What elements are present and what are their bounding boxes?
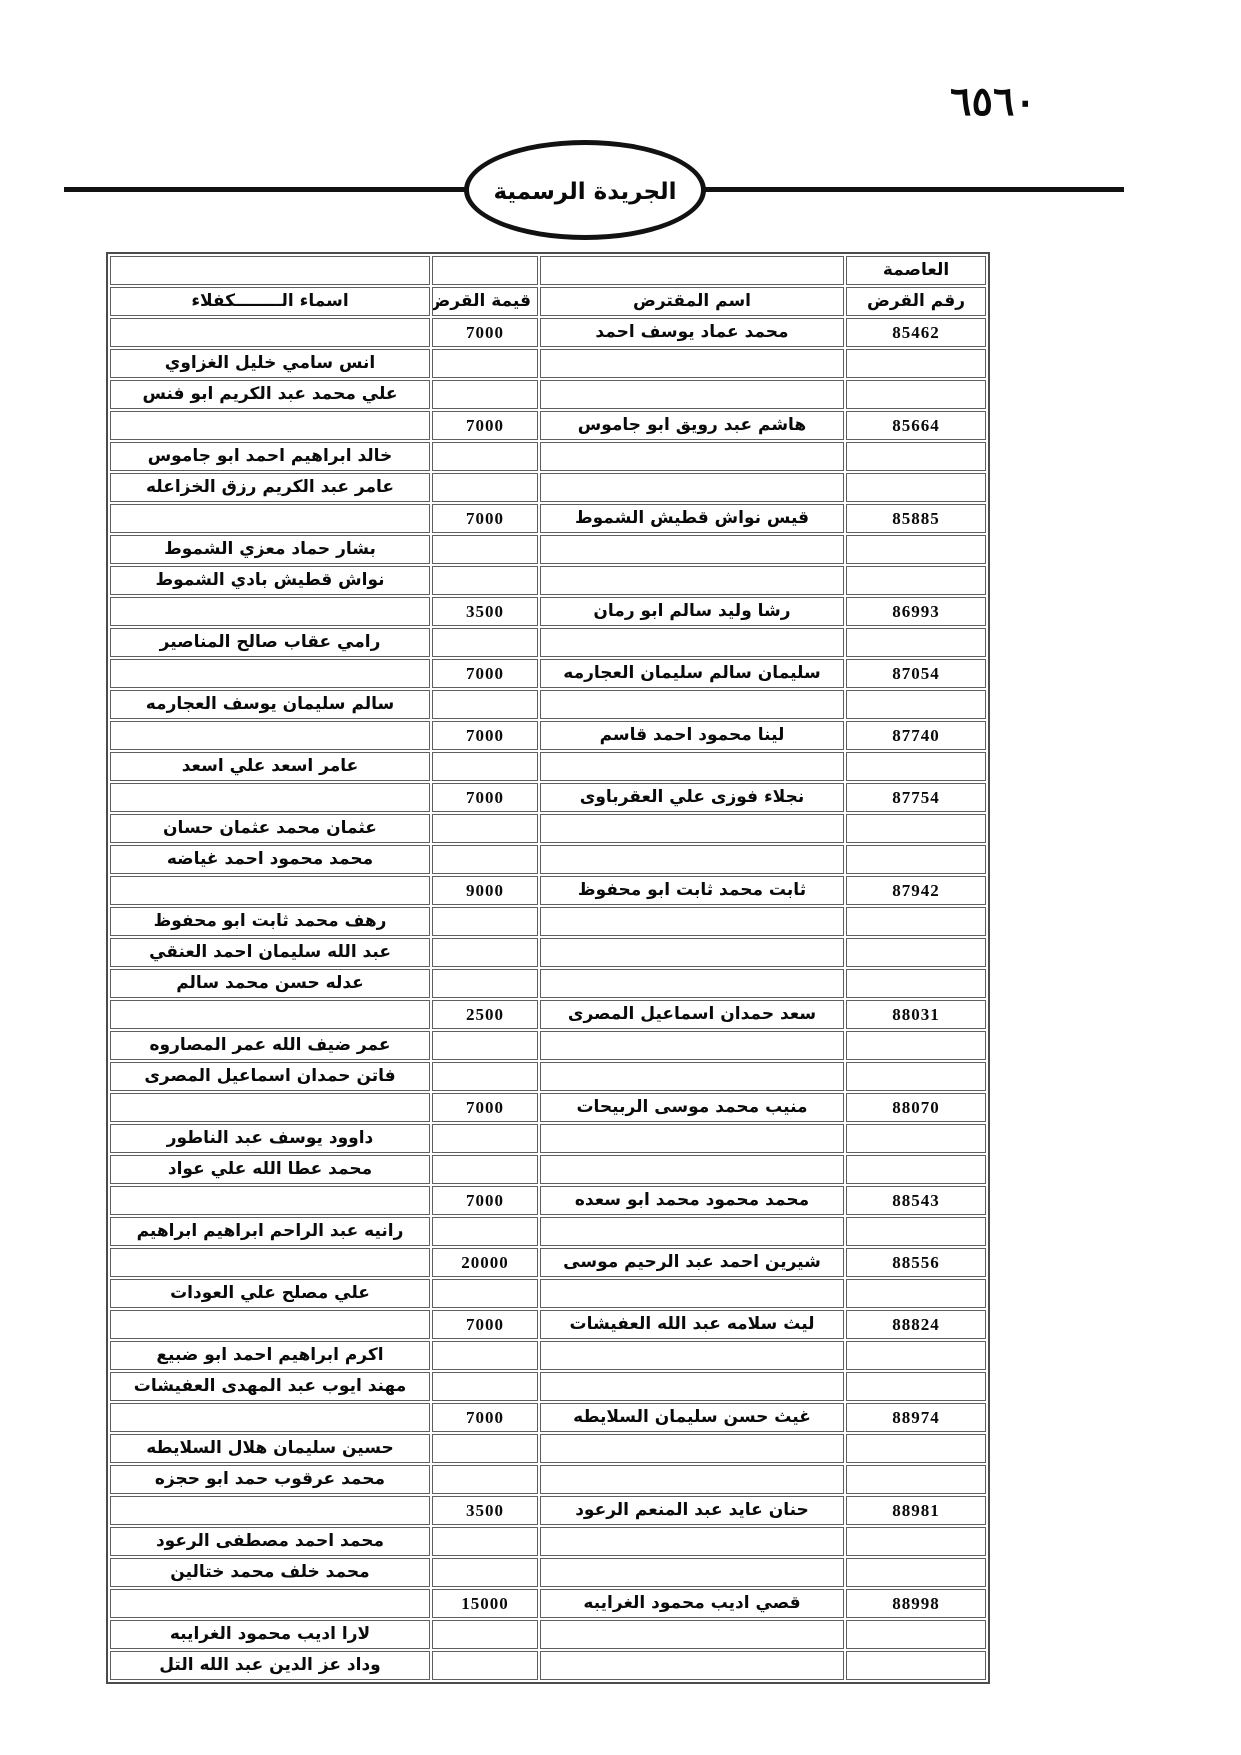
guarantor-row: عدله حسن محمد سالم — [110, 969, 986, 998]
guarantor-name-cell: محمد خلف محمد ختالين — [110, 1558, 430, 1587]
loan-number-cell — [846, 1558, 986, 1587]
borrower-name-cell — [540, 1372, 844, 1401]
borrower-name-cell — [540, 1341, 844, 1370]
empty-cell — [110, 256, 430, 285]
borrower-name-cell — [540, 1465, 844, 1494]
guarantor-name-cell: سالم سليمان يوسف العجارمه — [110, 690, 430, 719]
column-header-row: رقم القرض اسم المقترض قيمة القرض اسماء ا… — [110, 287, 986, 316]
borrower-name-cell: محمد عماد يوسف احمد — [540, 318, 844, 347]
guarantor-row: رانيه عبد الراحم ابراهيم ابراهيم — [110, 1217, 986, 1246]
loan-amount-cell — [432, 442, 538, 471]
guarantor-name-cell: عبد الله سليمان احمد العنقي — [110, 938, 430, 967]
loan-amount-cell — [432, 349, 538, 378]
loan-number-cell — [846, 628, 986, 657]
loan-amount-cell — [432, 938, 538, 967]
guarantor-name-cell — [110, 1589, 430, 1618]
loan-amount-cell — [432, 752, 538, 781]
region-row: العاصمة — [110, 256, 986, 285]
loan-row: 86993رشا وليد سالم ابو رمان3500 — [110, 597, 986, 626]
loan-number-cell — [846, 1062, 986, 1091]
loan-amount-cell — [432, 1062, 538, 1091]
borrower-name-cell: ثابت محمد ثابت ابو محفوظ — [540, 876, 844, 905]
loan-amount-cell — [432, 969, 538, 998]
borrower-name-cell: قيس نواش قطيش الشموط — [540, 504, 844, 533]
loan-amount-cell — [432, 1155, 538, 1184]
loan-number-cell: 85885 — [846, 504, 986, 533]
col-header-guarantor-names: اسماء الــــــــكفلاء — [110, 287, 430, 316]
guarantor-name-cell: رانيه عبد الراحم ابراهيم ابراهيم — [110, 1217, 430, 1246]
loan-amount-cell: 7000 — [432, 1186, 538, 1215]
loan-amount-cell: 7000 — [432, 411, 538, 440]
guarantor-name-cell — [110, 783, 430, 812]
col-header-loan-number: رقم القرض — [846, 287, 986, 316]
guarantor-row: داوود يوسف عبد الناطور — [110, 1124, 986, 1153]
guarantor-name-cell — [110, 721, 430, 750]
borrower-name-cell: رشا وليد سالم ابو رمان — [540, 597, 844, 626]
loan-number-cell — [846, 1155, 986, 1184]
loan-number-cell — [846, 938, 986, 967]
guarantor-name-cell: وداد عز الدين عبد الله التل — [110, 1651, 430, 1680]
guarantor-row: محمد عرقوب حمد ابو حجزه — [110, 1465, 986, 1494]
loan-amount-cell: 7000 — [432, 783, 538, 812]
guarantor-name-cell: نواش قطيش بادي الشموط — [110, 566, 430, 595]
loan-row: 87754نجلاء فوزى علي العقرباوى7000 — [110, 783, 986, 812]
loan-number-cell: 87740 — [846, 721, 986, 750]
loan-row: 85462محمد عماد يوسف احمد7000 — [110, 318, 986, 347]
loan-row: 87942ثابت محمد ثابت ابو محفوظ9000 — [110, 876, 986, 905]
guarantor-name-cell: علي مصلح علي العودات — [110, 1279, 430, 1308]
loan-amount-cell — [432, 1558, 538, 1587]
borrower-name-cell — [540, 814, 844, 843]
guarantor-row: انس سامي خليل الغزاوي — [110, 349, 986, 378]
loan-amount-cell: 7000 — [432, 504, 538, 533]
empty-cell — [432, 256, 538, 285]
loan-number-cell — [846, 814, 986, 843]
loan-amount-cell — [432, 845, 538, 874]
guarantor-name-cell: لارا اديب محمود الغرايبه — [110, 1620, 430, 1649]
guarantor-name-cell — [110, 1403, 430, 1432]
guarantor-name-cell — [110, 318, 430, 347]
loan-amount-cell: 7000 — [432, 1093, 538, 1122]
borrower-name-cell: هاشم عبد رويق ابو جاموس — [540, 411, 844, 440]
guarantor-row: محمد خلف محمد ختالين — [110, 1558, 986, 1587]
loan-amount-cell: 9000 — [432, 876, 538, 905]
loan-number-cell — [846, 690, 986, 719]
borrower-name-cell — [540, 1155, 844, 1184]
loan-amount-cell — [432, 1217, 538, 1246]
guarantor-row: مهند ايوب عبد المهدى العفيشات — [110, 1372, 986, 1401]
loan-row: 88543محمد محمود محمد ابو سعده7000 — [110, 1186, 986, 1215]
guarantor-name-cell: عامر عبد الكريم رزق الخزاعله — [110, 473, 430, 502]
borrower-name-cell — [540, 349, 844, 378]
loan-number-cell — [846, 1279, 986, 1308]
loan-amount-cell: 7000 — [432, 318, 538, 347]
guarantor-name-cell: فاتن حمدان اسماعيل المصرى — [110, 1062, 430, 1091]
loan-number-cell: 88031 — [846, 1000, 986, 1029]
loan-row: 88974غيث حسن سليمان السلايطه7000 — [110, 1403, 986, 1432]
borrower-name-cell — [540, 1031, 844, 1060]
loan-number-cell: 86993 — [846, 597, 986, 626]
guarantor-row: رهف محمد ثابت ابو محفوظ — [110, 907, 986, 936]
loan-number-cell — [846, 349, 986, 378]
guarantor-name-cell — [110, 659, 430, 688]
guarantor-name-cell: بشار حماد معزي الشموط — [110, 535, 430, 564]
loan-amount-cell — [432, 1465, 538, 1494]
borrower-name-cell: سليمان سالم سليمان العجارمه — [540, 659, 844, 688]
col-header-borrower-name: اسم المقترض — [540, 287, 844, 316]
loan-row: 88998قصي اديب محمود الغرايبه15000 — [110, 1589, 986, 1618]
loan-number-cell — [846, 969, 986, 998]
loan-amount-cell: 7000 — [432, 1403, 538, 1432]
loan-number-cell — [846, 442, 986, 471]
loan-amount-cell — [432, 1527, 538, 1556]
borrower-name-cell: محمد محمود محمد ابو سعده — [540, 1186, 844, 1215]
guarantor-name-cell — [110, 1186, 430, 1215]
loan-number-cell — [846, 1620, 986, 1649]
loan-amount-cell: 7000 — [432, 721, 538, 750]
borrower-name-cell — [540, 380, 844, 409]
borrower-name-cell — [540, 1279, 844, 1308]
borrower-name-cell — [540, 1124, 844, 1153]
borrower-name-cell — [540, 1651, 844, 1680]
borrower-name-cell: ليث سلامه عبد الله العفيشات — [540, 1310, 844, 1339]
guarantor-name-cell — [110, 1093, 430, 1122]
guarantor-name-cell: مهند ايوب عبد المهدى العفيشات — [110, 1372, 430, 1401]
guarantor-row: حسين سليمان هلال السلايطه — [110, 1434, 986, 1463]
loan-number-cell — [846, 1434, 986, 1463]
loan-row: 87740لينا محمود احمد قاسم7000 — [110, 721, 986, 750]
loan-amount-cell: 3500 — [432, 1496, 538, 1525]
guarantor-name-cell: اكرم ابراهيم احمد ابو ضبيع — [110, 1341, 430, 1370]
guarantor-name-cell — [110, 876, 430, 905]
borrower-name-cell — [540, 1620, 844, 1649]
guarantor-row: فاتن حمدان اسماعيل المصرى — [110, 1062, 986, 1091]
guarantor-row: لارا اديب محمود الغرايبه — [110, 1620, 986, 1649]
loan-number-cell — [846, 473, 986, 502]
guarantor-row: علي مصلح علي العودات — [110, 1279, 986, 1308]
guarantor-name-cell: عمر ضيف الله عمر المصاروه — [110, 1031, 430, 1060]
borrower-name-cell — [540, 1434, 844, 1463]
guarantor-row: عبد الله سليمان احمد العنقي — [110, 938, 986, 967]
guarantor-name-cell — [110, 1000, 430, 1029]
borrower-name-cell: منيب محمد موسى الربيحات — [540, 1093, 844, 1122]
guarantor-name-cell: عامر اسعد علي اسعد — [110, 752, 430, 781]
guarantor-row: سالم سليمان يوسف العجارمه — [110, 690, 986, 719]
borrower-name-cell — [540, 628, 844, 657]
guarantor-row: عامر عبد الكريم رزق الخزاعله — [110, 473, 986, 502]
borrower-name-cell — [540, 1527, 844, 1556]
loan-number-cell: 88824 — [846, 1310, 986, 1339]
guarantor-name-cell: محمد عرقوب حمد ابو حجزه — [110, 1465, 430, 1494]
guarantor-name-cell: رامي عقاب صالح المناصير — [110, 628, 430, 657]
loan-number-cell — [846, 1124, 986, 1153]
loan-number-cell — [846, 1651, 986, 1680]
loan-number-cell: 88998 — [846, 1589, 986, 1618]
gazette-banner-ellipse: الجريدة الرسمية — [464, 140, 706, 240]
loan-amount-cell — [432, 1620, 538, 1649]
gazette-banner-title: الجريدة الرسمية — [493, 179, 676, 205]
loan-row: 88981حنان عايد عبد المنعم الرعود3500 — [110, 1496, 986, 1525]
guarantor-row: نواش قطيش بادي الشموط — [110, 566, 986, 595]
loan-number-cell: 88543 — [846, 1186, 986, 1215]
gazette-page: ٦٥٦٠ الجريدة الرسمية العاصمة رقم القرض ا… — [0, 0, 1241, 1755]
guarantor-row: عمر ضيف الله عمر المصاروه — [110, 1031, 986, 1060]
guarantor-name-cell: داوود يوسف عبد الناطور — [110, 1124, 430, 1153]
loan-amount-cell — [432, 1031, 538, 1060]
region-header-cell: العاصمة — [846, 256, 986, 285]
guarantor-row: محمد محمود احمد غياضه — [110, 845, 986, 874]
guarantor-row: عثمان محمد عثمان حسان — [110, 814, 986, 843]
guarantor-name-cell — [110, 597, 430, 626]
loan-amount-cell: 7000 — [432, 1310, 538, 1339]
loan-amount-cell — [432, 907, 538, 936]
borrower-name-cell — [540, 1217, 844, 1246]
loan-number-cell — [846, 1372, 986, 1401]
borrower-name-cell: غيث حسن سليمان السلايطه — [540, 1403, 844, 1432]
guarantor-row: علي محمد عبد الكريم ابو فنس — [110, 380, 986, 409]
borrower-name-cell — [540, 752, 844, 781]
loan-row: 88070منيب محمد موسى الربيحات7000 — [110, 1093, 986, 1122]
loan-number-cell: 88070 — [846, 1093, 986, 1122]
loan-number-cell: 88974 — [846, 1403, 986, 1432]
loan-number-cell: 87054 — [846, 659, 986, 688]
loan-row: 88031سعد حمدان اسماعيل المصرى2500 — [110, 1000, 986, 1029]
loan-number-cell: 85664 — [846, 411, 986, 440]
borrower-name-cell — [540, 938, 844, 967]
guarantor-row: اكرم ابراهيم احمد ابو ضبيع — [110, 1341, 986, 1370]
borrower-name-cell — [540, 566, 844, 595]
loan-number-cell: 87942 — [846, 876, 986, 905]
guarantor-name-cell — [110, 1310, 430, 1339]
borrower-name-cell: قصي اديب محمود الغرايبه — [540, 1589, 844, 1618]
loan-number-cell — [846, 907, 986, 936]
loan-amount-cell — [432, 814, 538, 843]
guarantor-row: عامر اسعد علي اسعد — [110, 752, 986, 781]
loan-number-cell: 88981 — [846, 1496, 986, 1525]
guarantor-name-cell: رهف محمد ثابت ابو محفوظ — [110, 907, 430, 936]
guarantor-name-cell: خالد ابراهيم احمد ابو جاموس — [110, 442, 430, 471]
guarantor-row: محمد عطا الله علي عواد — [110, 1155, 986, 1184]
borrower-name-cell — [540, 473, 844, 502]
loan-number-cell — [846, 535, 986, 564]
loan-amount-cell: 15000 — [432, 1589, 538, 1618]
loan-number-cell: 87754 — [846, 783, 986, 812]
loan-amount-cell — [432, 1372, 538, 1401]
loan-amount-cell — [432, 473, 538, 502]
guarantor-row: رامي عقاب صالح المناصير — [110, 628, 986, 657]
loan-number-cell — [846, 566, 986, 595]
loan-amount-cell: 20000 — [432, 1248, 538, 1277]
loan-amount-cell — [432, 566, 538, 595]
guarantor-name-cell — [110, 1496, 430, 1525]
empty-cell — [540, 256, 844, 285]
loan-row: 88824ليث سلامه عبد الله العفيشات7000 — [110, 1310, 986, 1339]
guarantor-name-cell: انس سامي خليل الغزاوي — [110, 349, 430, 378]
borrower-name-cell — [540, 845, 844, 874]
guarantor-name-cell — [110, 1248, 430, 1277]
guarantor-row: بشار حماد معزي الشموط — [110, 535, 986, 564]
loan-number-cell: 85462 — [846, 318, 986, 347]
loan-amount-cell — [432, 380, 538, 409]
loan-amount-cell — [432, 1279, 538, 1308]
borrower-name-cell — [540, 1062, 844, 1091]
borrower-name-cell — [540, 535, 844, 564]
borrower-name-cell: حنان عايد عبد المنعم الرعود — [540, 1496, 844, 1525]
guarantor-name-cell: علي محمد عبد الكريم ابو فنس — [110, 380, 430, 409]
loan-number-cell — [846, 1527, 986, 1556]
loans-table: العاصمة رقم القرض اسم المقترض قيمة القرض… — [106, 252, 990, 1684]
loan-number-cell — [846, 845, 986, 874]
borrower-name-cell — [540, 690, 844, 719]
loan-amount-cell — [432, 1341, 538, 1370]
borrower-name-cell — [540, 442, 844, 471]
loan-row: 85885قيس نواش قطيش الشموط7000 — [110, 504, 986, 533]
guarantor-row: محمد احمد مصطفى الرعود — [110, 1527, 986, 1556]
loan-amount-cell: 2500 — [432, 1000, 538, 1029]
guarantor-row: وداد عز الدين عبد الله التل — [110, 1651, 986, 1680]
borrower-name-cell — [540, 969, 844, 998]
guarantor-name-cell: عدله حسن محمد سالم — [110, 969, 430, 998]
loan-number-cell — [846, 380, 986, 409]
loan-amount-cell: 7000 — [432, 659, 538, 688]
loan-number-cell — [846, 1031, 986, 1060]
borrower-name-cell — [540, 1558, 844, 1587]
loan-amount-cell — [432, 628, 538, 657]
guarantor-name-cell: محمد احمد مصطفى الرعود — [110, 1527, 430, 1556]
borrower-name-cell: نجلاء فوزى علي العقرباوى — [540, 783, 844, 812]
loan-number-cell — [846, 752, 986, 781]
borrower-name-cell: شيرين احمد عبد الرحيم موسى — [540, 1248, 844, 1277]
guarantor-name-cell: حسين سليمان هلال السلايطه — [110, 1434, 430, 1463]
page-number: ٦٥٦٠ — [918, 78, 1068, 125]
guarantor-row: خالد ابراهيم احمد ابو جاموس — [110, 442, 986, 471]
guarantor-name-cell — [110, 504, 430, 533]
borrower-name-cell: سعد حمدان اسماعيل المصرى — [540, 1000, 844, 1029]
col-header-loan-amount: قيمة القرض — [432, 287, 538, 316]
loan-amount-cell — [432, 535, 538, 564]
loan-amount-cell — [432, 1124, 538, 1153]
borrower-name-cell: لينا محمود احمد قاسم — [540, 721, 844, 750]
guarantor-name-cell: محمد محمود احمد غياضه — [110, 845, 430, 874]
loan-amount-cell — [432, 1434, 538, 1463]
loan-number-cell — [846, 1341, 986, 1370]
loan-row: 88556شيرين احمد عبد الرحيم موسى20000 — [110, 1248, 986, 1277]
loan-amount-cell — [432, 1651, 538, 1680]
loan-amount-cell — [432, 690, 538, 719]
guarantor-name-cell: عثمان محمد عثمان حسان — [110, 814, 430, 843]
guarantor-name-cell: محمد عطا الله علي عواد — [110, 1155, 430, 1184]
loan-amount-cell: 3500 — [432, 597, 538, 626]
loan-row: 85664هاشم عبد رويق ابو جاموس7000 — [110, 411, 986, 440]
guarantor-name-cell — [110, 411, 430, 440]
borrower-name-cell — [540, 907, 844, 936]
loan-number-cell — [846, 1217, 986, 1246]
loans-table-body: 85462محمد عماد يوسف احمد7000انس سامي خلي… — [110, 318, 986, 1680]
loan-row: 87054سليمان سالم سليمان العجارمه7000 — [110, 659, 986, 688]
loan-number-cell — [846, 1465, 986, 1494]
loan-number-cell: 88556 — [846, 1248, 986, 1277]
